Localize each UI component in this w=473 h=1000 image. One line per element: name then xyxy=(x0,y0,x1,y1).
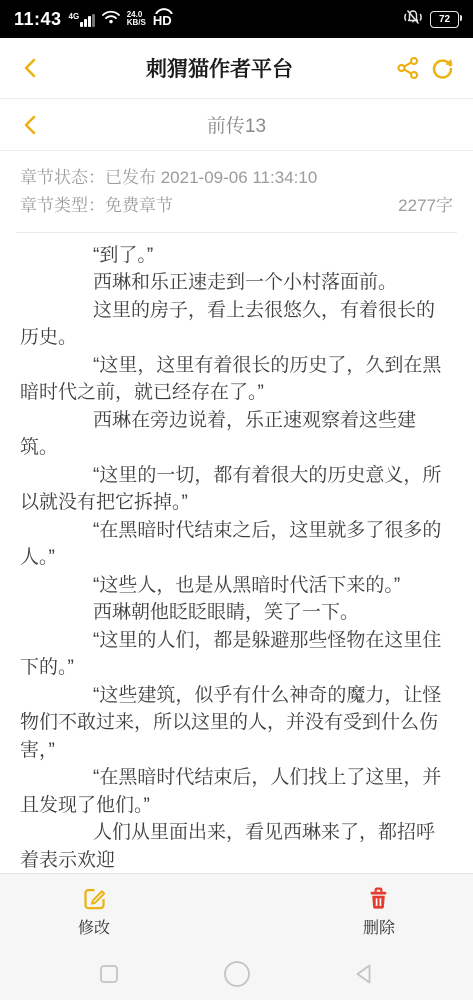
word-count: 2277字 xyxy=(398,192,453,220)
refresh-button[interactable] xyxy=(425,51,459,85)
trash-icon xyxy=(365,885,392,912)
edit-button[interactable]: 修改 xyxy=(78,885,110,938)
cellular-signal-icon: 4G xyxy=(69,12,95,27)
android-nav-bar xyxy=(0,948,473,1000)
refresh-icon xyxy=(430,56,455,81)
chapter-content[interactable]: “到了。”西琳和乐正速走到一个小村落面前。这里的房子，看上去很悠久，有着很长的历… xyxy=(0,233,473,873)
square-icon xyxy=(97,962,121,986)
chapter-status-value: 已发布 2021-09-06 11:34:10 xyxy=(105,164,317,192)
clock: 11:43 xyxy=(14,9,62,30)
home-button[interactable] xyxy=(220,957,254,991)
chapter-paragraph: 西琳在旁边说着，乐正速观察着这些建筑。 xyxy=(20,407,453,462)
chapter-paragraph: 西琳朝他眨眨眼睛，笑了一下。 xyxy=(20,599,453,627)
chapter-paragraph: “在黑暗时代结束之后，这里就多了很多的人。” xyxy=(20,517,453,572)
chapter-paragraph: “到了。” xyxy=(20,242,453,270)
page-title: 刺猬猫作者平台 xyxy=(48,53,391,83)
app-header: 刺猬猫作者平台 xyxy=(0,38,473,99)
chapter-paragraph: “这些建筑，似乎有什么神奇的魔力，让怪物们不敢过来，所以这里的人，并没有受到什么… xyxy=(20,682,453,765)
chapter-type-label: 章节类型： xyxy=(20,192,105,220)
recents-button[interactable] xyxy=(92,957,126,991)
edit-button-label: 修改 xyxy=(78,915,110,938)
chapter-back-button[interactable] xyxy=(14,108,48,142)
network-speed: 24.0 KB/S xyxy=(127,11,146,27)
mute-vibrate-icon xyxy=(404,9,422,30)
share-icon xyxy=(396,56,420,80)
delete-button-label: 删除 xyxy=(363,915,395,938)
chapter-paragraph: “在黑暗时代结束后，人们找上了这里，并且发现了他们。” xyxy=(20,764,453,819)
app-window: 11:43 4G 24.0 KB/S HD xyxy=(0,0,473,1000)
chevron-left-icon xyxy=(20,57,42,79)
chapter-paragraph: 西琳和乐正速走到一个小村落面前。 xyxy=(20,269,453,297)
nav-back-button[interactable] xyxy=(347,957,381,991)
chapter-paragraph: “这里的一切，都有着很大的历史意义，所以就没有把它拆掉。” xyxy=(20,462,453,517)
share-button[interactable] xyxy=(391,51,425,85)
chapter-type-value: 免费章节 xyxy=(105,192,173,220)
delete-button[interactable]: 删除 xyxy=(363,885,395,938)
chapter-paragraph: “这些人，也是从黑暗时代活下来的。” xyxy=(20,572,453,600)
chapter-paragraph: “这里，这里有着很长的历史了，久到在黑暗时代之前，就已经存在了。” xyxy=(20,352,453,407)
volte-hd-icon: HD xyxy=(153,10,172,28)
status-bar: 11:43 4G 24.0 KB/S HD xyxy=(0,0,473,38)
chapter-paragraph: 这里的房子，看上去很悠久，有着很长的历史。 xyxy=(20,297,453,352)
circle-icon xyxy=(222,959,252,989)
chevron-left-icon xyxy=(20,114,42,136)
chapter-status-label: 章节状态： xyxy=(20,164,105,192)
wifi-icon xyxy=(102,10,120,29)
triangle-left-icon xyxy=(351,961,377,987)
chapter-title: 前传13 xyxy=(48,111,425,138)
chapter-header: 前传13 xyxy=(0,99,473,151)
chapter-paragraph: “这里的人们，都是躲避那些怪物在这里住下的。” xyxy=(20,627,453,682)
battery-icon: 72 xyxy=(430,11,459,28)
back-button[interactable] xyxy=(14,51,48,85)
chapter-paragraph: 人们从里面出来，看见西琳来了，都招呼着表示欢迎 xyxy=(20,819,453,873)
chapter-info-panel: 章节状态： 已发布 2021-09-06 11:34:10 章节类型： 免费章节… xyxy=(0,151,473,232)
bottom-toolbar: 修改 删除 xyxy=(0,873,473,948)
edit-pencil-icon xyxy=(81,885,108,912)
